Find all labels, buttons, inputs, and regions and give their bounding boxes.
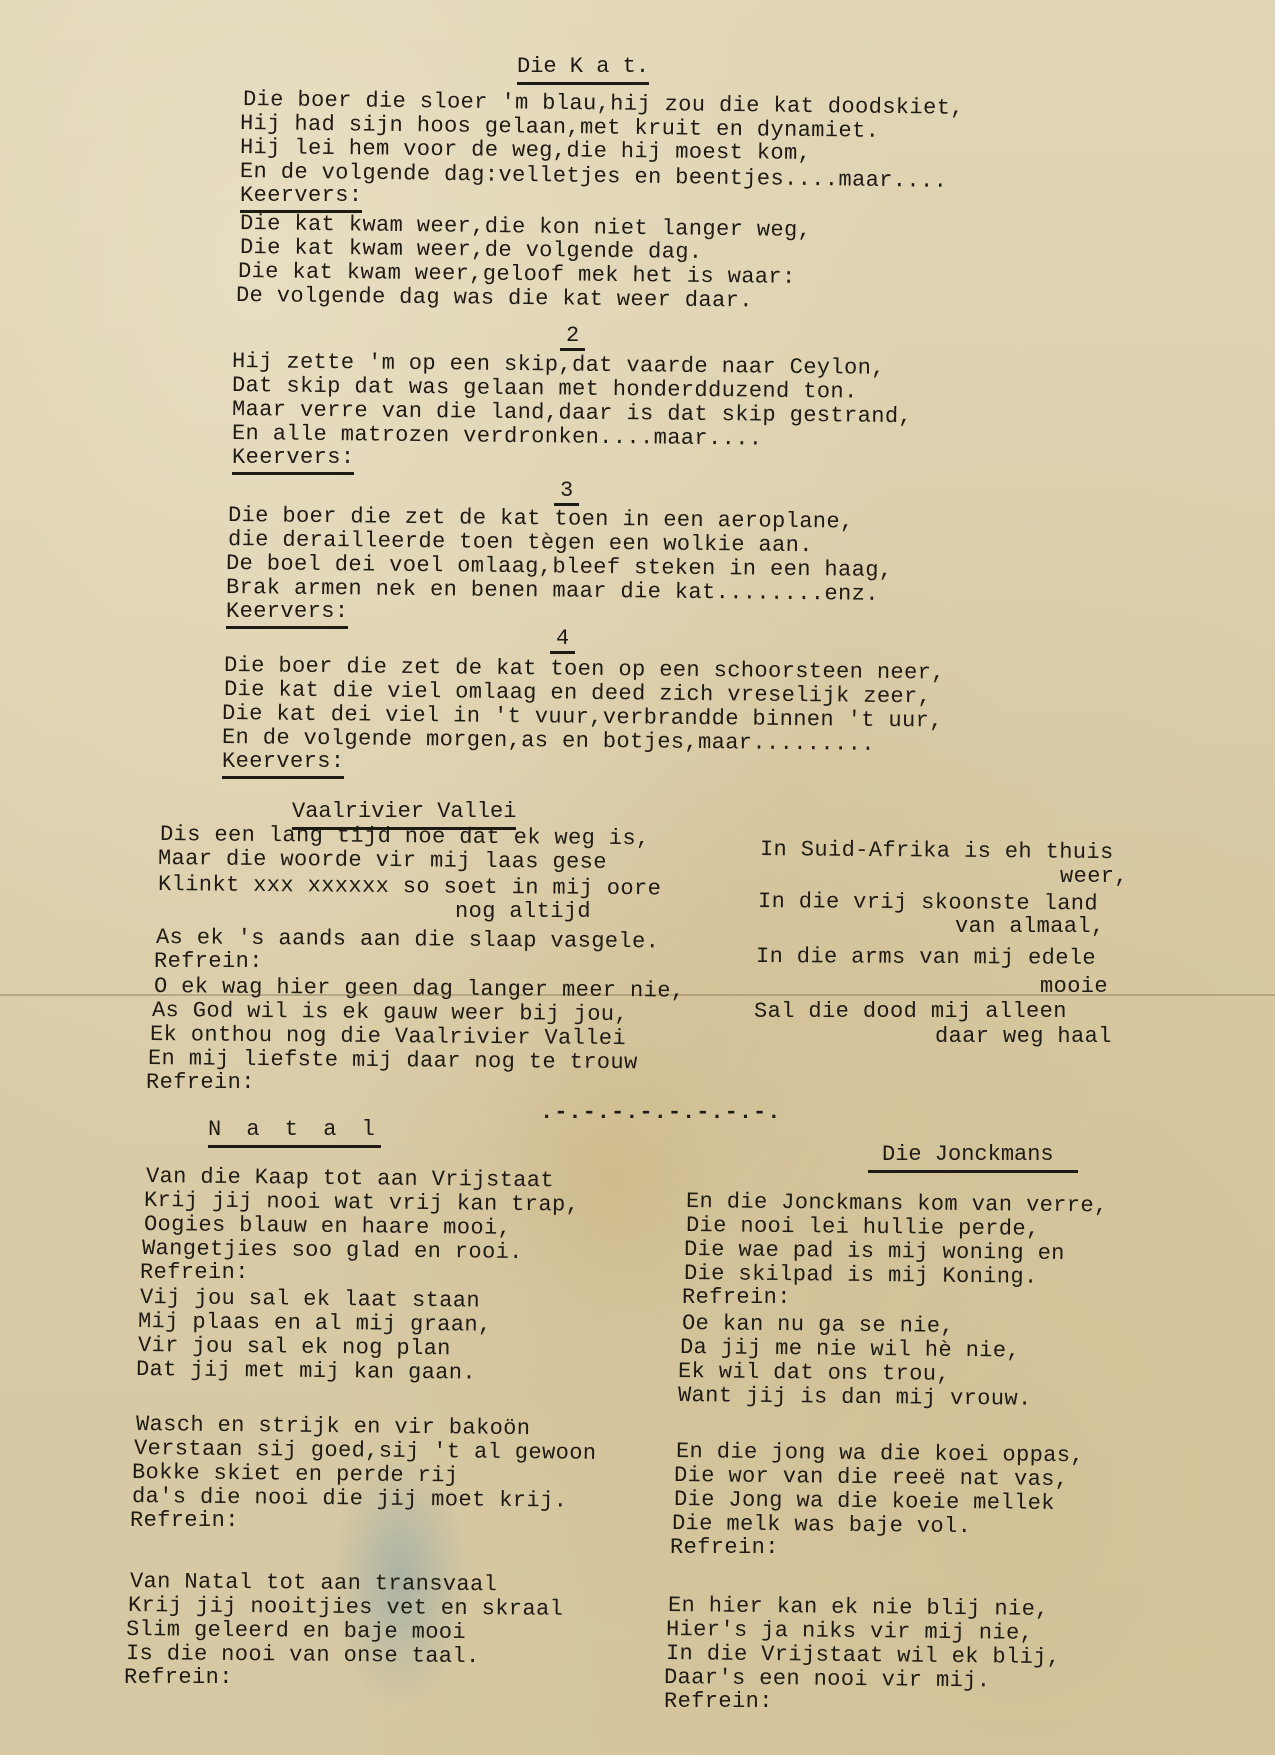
refrain-label: Refrein:	[124, 1666, 233, 1690]
lyric-line: Klinkt xxx xxxxxx so soet in mij oore	[158, 873, 661, 901]
lyric-line: De volgende dag was die kat weer daar.	[236, 284, 753, 313]
refrain-label: Keervers:	[226, 600, 348, 629]
refrain-label: Refrein:	[682, 1286, 791, 1310]
lyric-line: In die vrij skoonste land	[758, 890, 1098, 916]
section-separator: .-.-.-.-.-.-.-.-.	[540, 1100, 781, 1125]
verse-number: 4	[550, 628, 575, 654]
song-title-natal: N a t a l	[208, 1118, 381, 1148]
refrain-label: Refrein:	[146, 1071, 255, 1095]
lyric-line: mooie	[1040, 975, 1108, 999]
lyric-line: In die arms van mij edele	[756, 945, 1096, 971]
lyric-line: Dat jij met mij kan gaan.	[136, 1358, 476, 1386]
refrain-label: Refrein:	[664, 1690, 773, 1714]
lyric-line: van almaal,	[955, 915, 1105, 939]
lyric-line: Want jij is dan mij vrouw.	[678, 1384, 1032, 1412]
lyric-line: daar weg haal	[935, 1025, 1112, 1049]
refrain-label: Keervers:	[240, 184, 362, 213]
lyric-line: nog altijd	[455, 900, 591, 924]
refrain-label: Keervers:	[232, 446, 354, 475]
refrain-label: Refrein:	[670, 1536, 779, 1560]
verse-number: 3	[554, 480, 579, 506]
refrain-label: Refrein:	[154, 950, 263, 974]
song-title-die-jonckmans: Die Jonckmans	[868, 1143, 1078, 1173]
lyric-line: In Suid-Afrika is eh thuis	[760, 838, 1114, 865]
refrain-label: Keervers:	[222, 750, 344, 779]
lyric-line: Maar die woorde vir mij laas gese	[158, 847, 607, 875]
song-title-die-kat: Die K a t.	[517, 55, 649, 85]
lyric-line: weer,	[1060, 865, 1128, 889]
typewritten-song-sheet: Die K a t. Die boer die sloer 'm blau,hi…	[0, 0, 1275, 1755]
verse-number: 2	[560, 325, 585, 351]
lyric-line: Sal die dood mij alleen	[754, 1000, 1067, 1024]
refrain-label: Refrein:	[130, 1509, 239, 1533]
refrain-label: Refrein:	[140, 1261, 249, 1285]
